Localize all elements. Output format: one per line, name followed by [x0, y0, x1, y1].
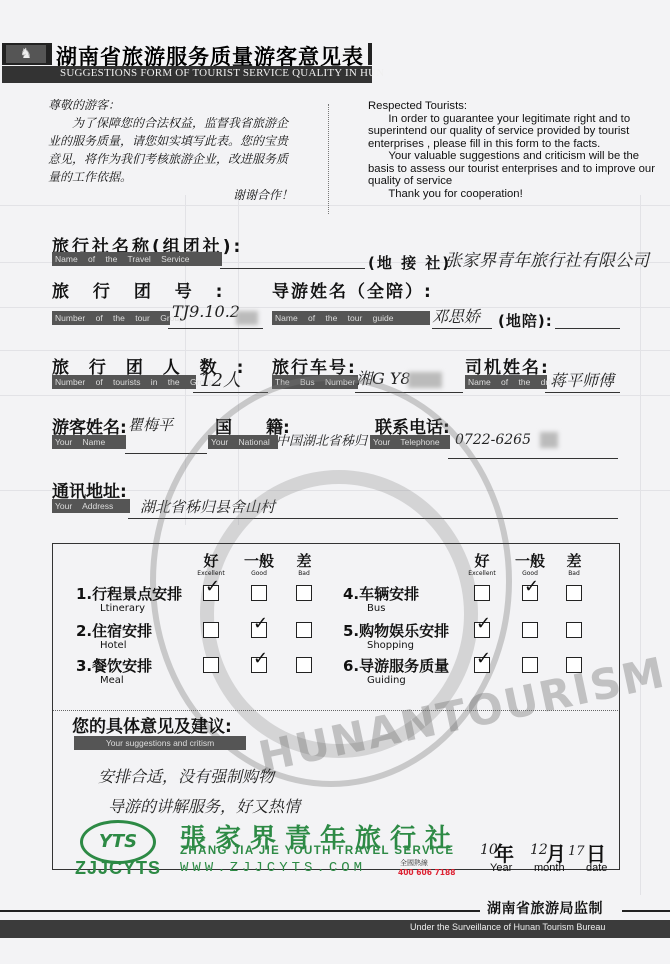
hotline-number: 400 606 7188 [398, 868, 455, 877]
rating-checkbox-good[interactable]: ✓ [251, 622, 267, 638]
suggestions-line-1[interactable]: 安排合适，没有强制购物 [98, 764, 274, 787]
driver-name-label-en: Name of the driver [465, 375, 547, 389]
intro-para2-en: Your valuable suggestions and criticism … [368, 150, 664, 188]
rating-column-header: 好 [462, 550, 502, 571]
nationality-field[interactable]: 中国湖北省秭归 [276, 430, 367, 449]
tourist-count-underline [193, 392, 268, 393]
ghost-line [640, 195, 641, 895]
group-number-underline [168, 328, 263, 329]
form-subtitle: SUGGESTIONS FORM OF TOURIST SERVICE QUAL… [60, 67, 384, 79]
guide-name-underline [432, 328, 492, 329]
redacted [540, 432, 558, 448]
rating-checkbox-good[interactable] [251, 585, 267, 601]
rating-column-header-en: Bad [554, 570, 594, 577]
local-agency-field[interactable]: 张家界青年旅行社有限公司 [445, 246, 649, 271]
bus-number-label-en: The Bus Number [272, 375, 358, 389]
date-day-label-en: date [586, 862, 607, 874]
ghost-line [0, 307, 670, 308]
guide-name-field[interactable]: 邓思娇 [432, 304, 480, 327]
rating-column-header: 一般 [510, 550, 550, 571]
your-name-label-en: Your Name [52, 435, 126, 449]
group-number-field[interactable]: TJ9.10.2 [172, 302, 240, 321]
footer-rule [0, 910, 480, 912]
intro-chinese: 尊敬的游客： 为了保障您的合法权益，监督我省旅游企业的服务质量，请您如实填写此表… [48, 96, 293, 204]
travel-service-label-en: Name of the Travel Service [52, 252, 222, 266]
bus-number-underline [355, 392, 463, 393]
check-mark-icon: ✓ [253, 650, 268, 668]
bus-number-field[interactable]: 湘G Y8 [356, 366, 411, 389]
intro-greeting-en: Respected Tourists: [368, 100, 664, 113]
footer-en: Under the Surveillance of Hunan Tourism … [410, 922, 605, 932]
driver-name-underline [545, 392, 620, 393]
date-year-label-en: Year [490, 862, 512, 874]
intro-greeting-cn: 尊敬的游客： [48, 96, 293, 114]
tourist-count-label-en: Number of tourists in the Group [52, 375, 196, 389]
hotline-label: 全國熱線 [400, 858, 428, 868]
local-agency-label: (地 接 社) [368, 252, 451, 273]
rating-column-header-en: Excellent [462, 570, 502, 577]
local-guide-label: (地陪): [498, 310, 553, 331]
check-mark-icon: ✓ [524, 578, 539, 596]
rating-column-header: 差 [284, 550, 324, 571]
intro-para1-en: In order to guarantee your legitimate ri… [368, 113, 664, 151]
intro-thanks-cn: 谢谢合作！ [48, 186, 293, 204]
rating-column-header: 好 [191, 550, 231, 571]
rating-checkbox-excellent[interactable]: ✓ [474, 657, 490, 673]
intro-body-cn: 为了保障您的合法权益，监督我省旅游企业的服务质量，请您如实填写此表。您的宝贵意见… [48, 114, 293, 186]
your-name-underline [125, 453, 207, 454]
rating-item-label: 3.餐饮安排 [76, 655, 152, 676]
rating-checkbox-excellent[interactable]: ✓ [203, 585, 219, 601]
suggestions-label: 您的具体意见及建议: [72, 712, 232, 737]
rating-checkbox-bad[interactable] [296, 622, 312, 638]
date-month-label-en: month [534, 862, 565, 874]
rating-item-label: 5.购物娱乐安排 [343, 620, 449, 641]
rating-item-label: 2.住宿安排 [76, 620, 152, 641]
redacted [236, 311, 258, 325]
check-mark-icon: ✓ [253, 615, 268, 633]
rating-checkbox-good[interactable] [522, 622, 538, 638]
brand-url: WWW.ZJJCYTS.COM [180, 860, 366, 876]
ghost-line [0, 205, 670, 206]
rating-item-label: 4.车辆安排 [343, 583, 419, 604]
travel-service-field[interactable] [220, 268, 365, 269]
address-underline [128, 518, 618, 519]
logo-text: YTS [99, 831, 137, 852]
rating-column-header: 一般 [239, 550, 279, 571]
horse-icon: ♞ [6, 45, 46, 63]
suggestions-label-en: Your suggestions and critism [74, 736, 246, 750]
rating-item-label-en: Bus [367, 603, 385, 614]
suggestions-line-2[interactable]: 导游的讲解服务，好又热情 [108, 794, 300, 817]
rating-item-label-en: Ltinerary [100, 603, 145, 614]
check-mark-icon: ✓ [205, 578, 220, 596]
date-day-value[interactable]: 17 [568, 844, 585, 859]
rating-checkbox-good[interactable] [522, 657, 538, 673]
footer-rule [622, 910, 670, 912]
check-mark-icon: ✓ [476, 615, 491, 633]
rating-column-header: 差 [554, 550, 594, 571]
telephone-label-en: Your Telephone [370, 435, 450, 449]
local-guide-field[interactable] [555, 328, 620, 329]
address-label-en: Your Address [52, 499, 130, 513]
rating-checkbox-bad[interactable] [566, 585, 582, 601]
footer-cn: 湖南省旅游局监制 [487, 898, 603, 918]
rating-checkbox-excellent[interactable] [474, 585, 490, 601]
rating-checkbox-excellent[interactable] [203, 622, 219, 638]
intro-english: Respected Tourists: In order to guarante… [368, 100, 664, 200]
driver-name-field[interactable]: 蒋平师傅 [550, 368, 614, 391]
rating-column-header-en: Bad [284, 570, 324, 577]
rating-checkbox-bad[interactable] [296, 657, 312, 673]
group-number-label: 旅 行 团 号 : [52, 277, 231, 302]
rating-checkbox-bad[interactable] [296, 585, 312, 601]
guide-name-label-en: Name of the tour guide [272, 311, 430, 325]
telephone-underline [448, 458, 618, 459]
check-mark-icon: ✓ [476, 650, 491, 668]
rating-item-label: 1.行程景点安排 [76, 583, 182, 604]
ghost-line [0, 350, 670, 351]
guide-name-label: 导游姓名（全陪）: [272, 277, 433, 302]
telephone-field[interactable]: 0722-6265 [455, 432, 531, 448]
rating-checkbox-good[interactable]: ✓ [522, 585, 538, 601]
rating-item-label-en: Guiding [367, 675, 406, 686]
nationality-label-en: Your National [208, 435, 278, 449]
brand-abbr: ZJJCYTS [75, 858, 161, 879]
group-number-label-en: Number of the tour Group [52, 311, 170, 325]
divider [328, 104, 329, 214]
rating-checkbox-excellent[interactable] [203, 657, 219, 673]
redacted [408, 372, 442, 388]
rating-checkbox-excellent[interactable]: ✓ [474, 622, 490, 638]
rating-item-label-en: Hotel [100, 640, 127, 651]
intro-thanks-en: Thank you for cooperation! [368, 188, 664, 201]
rating-checkbox-good[interactable]: ✓ [251, 657, 267, 673]
address-field[interactable]: 湖北省秭归县舍山村 [140, 496, 275, 517]
brand-name-en: ZHANG JIA JIE YOUTH TRAVEL SERVICE [180, 845, 454, 857]
rating-item-label-en: Shopping [367, 640, 414, 651]
rating-item-label: 6.导游服务质量 [343, 655, 449, 676]
rating-checkbox-bad[interactable] [566, 622, 582, 638]
rating-item-label-en: Meal [100, 675, 124, 686]
rating-checkbox-bad[interactable] [566, 657, 582, 673]
rating-column-header-en: Good [239, 570, 279, 577]
tourist-count-field[interactable]: 12人 [200, 366, 241, 392]
ghost-line [0, 395, 670, 396]
your-name-field[interactable]: 瞿梅平 [128, 414, 173, 435]
